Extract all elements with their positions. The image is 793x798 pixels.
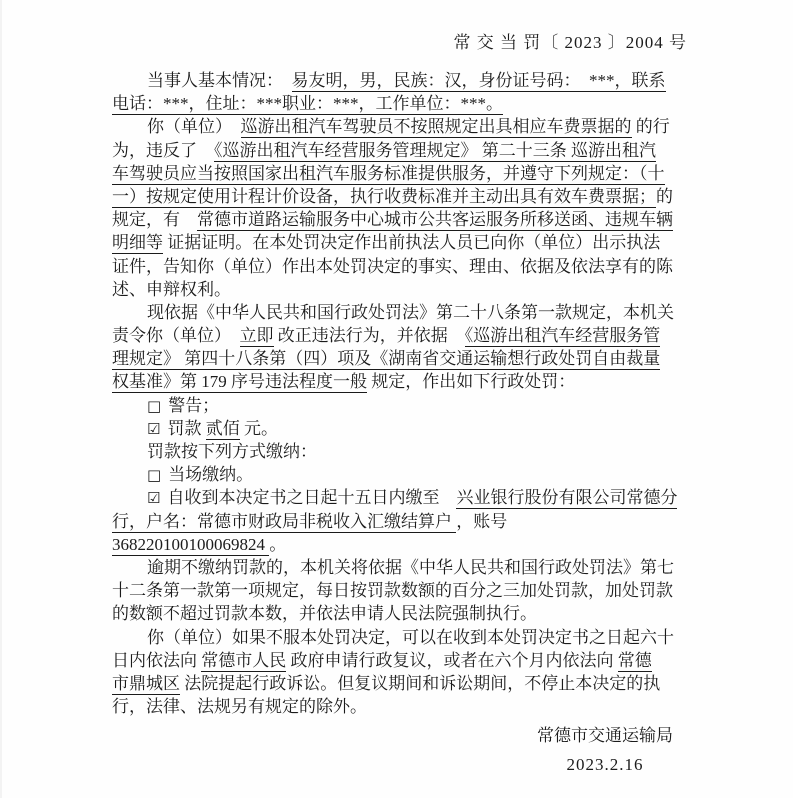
text-line: 你（单位）如果不服本处罚决定，可以在收到本处罚决定书之日起六十 (112, 626, 692, 649)
text-segment: 你（单位） (147, 117, 241, 136)
issue-date: 2023.2.16 (537, 753, 673, 777)
pay-to-bank-option-line: ☑自收到本决定书之日起十五日内缴至 兴业银行股份有限公司常德分 (112, 486, 692, 509)
penalty-decision-document: 常 交 当 罚〔 2023 〕2004 号 当事人基本情况： 易友明，男，民族：… (0, 0, 793, 798)
text-segment: 逾期不缴纳罚款的，本机关将依据《中华人民共和国行政处罚法》第七 (147, 558, 674, 577)
underlined-text: 贰佰 (206, 419, 240, 440)
text-segment: 日内依法向 (112, 651, 201, 670)
unchecked-checkbox-icon: □ (147, 464, 161, 487)
signature-block: 常德市交通运输局 2023.2.16 (537, 724, 673, 777)
text-segment: 当场缴纳。 (168, 465, 253, 484)
text-segment: 为，违反了 (112, 141, 214, 160)
text-line: 述、申辩权利。 (112, 278, 692, 301)
underlined-text: 明细等 (112, 233, 163, 254)
document-body: 当事人基本情况： 易友明，男，民族：汉，身份证号码： ***，联系电话：***，… (112, 69, 692, 718)
text-segment: 罚款 (167, 419, 205, 438)
text-segment: 。 (269, 535, 286, 554)
text-line: 现依据《中华人民共和国行政处罚法》第二十八条第一款规定，本机关 (112, 301, 692, 324)
underlined-text: 《巡游出租汽车经营服务管理规定》 第二十三条 巡游出租汽 (214, 141, 656, 162)
checked-checkbox-icon: ☑ (147, 418, 160, 441)
text-line: 日内依法向 常德市人民 政府申请行政复议，或者在六个月内依法向 常德 (112, 649, 692, 672)
underlined-text: 常德市人民 (201, 651, 286, 672)
text-line: 一）按规定使用计程计价设备，执行收费标准并主动出具有效车费票据；的 (112, 185, 692, 208)
text-segment: 的行 (632, 117, 670, 136)
underlined-text: 理规定》 第四十八条第（四）项及《湖南省交通运输想行政处罚自由裁量 (112, 349, 660, 370)
text-line: 行，户名：常德市财政局非税收入汇缴结算户 ，账号 (112, 510, 692, 533)
unchecked-checkbox-icon: □ (147, 395, 161, 418)
underlined-text: 市鼎城区 (112, 674, 180, 695)
underlined-text: 常德 (618, 651, 652, 672)
text-line: 电话：***，住址：***职业：***，工作单位：***。 (112, 92, 692, 115)
fine-option-line: ☑罚款 贰佰 元。 (112, 417, 692, 440)
text-line: 十二条第一款第一项规定，每日按罚款数额的百分之三加处罚款，加处罚款 (112, 579, 692, 602)
underlined-text: 兴业银行股份有限公司常德分 (456, 488, 677, 509)
text-segment: 证件，告知你（单位）作出本处罚决定的事实、理由、依据及依法享有的陈 (112, 257, 673, 276)
text-segment: 自收到本决定书之日起十五日内缴至 (167, 488, 456, 507)
text-line: 责令你（单位） 立即 改正违法行为，并依据 《巡游出租汽车经营服务管 (112, 324, 692, 347)
text-segment: 十二条第一款第一项规定，每日按罚款数额的百分之三加处罚款，加处罚款 (112, 581, 673, 600)
text-line: 理规定》 第四十八条第（四）项及《湖南省交通运输想行政处罚自由裁量 (112, 347, 692, 370)
underlined-text: 车驾驶员应当按照国家出租汽车服务标准提供服务，并遵守下列规定：（十 (112, 164, 665, 185)
text-line: 的数额不超过罚款本数，并依法申请人民法院强制执行。 (112, 602, 692, 625)
text-segment: 的 (656, 187, 673, 206)
underlined-text: 行，户名：常德市财政局非税收入汇缴结算户 (112, 512, 456, 533)
text-segment: 元。 (240, 419, 278, 438)
text-line: 明细等 证据证明。在本处罚决定作出前执法人员已向你（单位）出示执法 (112, 231, 692, 254)
underlined-text: 《巡游出租汽车经营服务管 (465, 326, 661, 347)
text-segment: 行，法律、法规另有规定的除外。 (112, 697, 367, 716)
text-segment: 改正违法行为，并依据 (274, 326, 465, 345)
underlined-text: 巡游出租汽车驾驶员不按照规定出具相应车费票据的 (241, 117, 632, 138)
underlined-text: 常德市道路运输服务中心城市公共客运服务所移送函、违规车辆 (197, 210, 673, 231)
text-segment: 现依据《中华人民共和国行政处罚法》第二十八条第一款规定，本机关 (147, 303, 674, 322)
text-segment: 证据证明。在本处罚决定作出前执法人员已向你（单位）出示执法 (163, 233, 660, 252)
text-segment: 罚款按下列方式缴纳： (147, 442, 317, 461)
text-line: 罚款按下列方式缴纳： (112, 440, 692, 463)
text-segment: 规定，作出如下行政处罚： (367, 372, 575, 391)
text-line: 为，违反了 《巡游出租汽车经营服务管理规定》 第二十三条 巡游出租汽 (112, 139, 692, 162)
warning-option-line: □警告； (112, 394, 692, 417)
text-segment: ，账号 (456, 512, 507, 531)
underlined-text: 权基准》第 179 序号违法程度一般 (112, 372, 367, 393)
text-line: 你（单位） 巡游出租汽车驾驶员不按照规定出具相应车费票据的 的行 (112, 115, 692, 138)
text-segment: 警告； (168, 396, 219, 415)
text-line: 逾期不缴纳罚款的，本机关将依据《中华人民共和国行政处罚法》第七 (112, 556, 692, 579)
text-segment: 法院提起行政诉讼。但复议期间和诉讼期间，不停止本决定的执 (180, 674, 660, 693)
text-segment: 政府申请行政复议，或者在六个月内依法向 (286, 651, 618, 670)
issuing-authority: 常德市交通运输局 (537, 724, 673, 748)
text-segment: 述、申辩权利。 (112, 280, 231, 299)
text-segment: 你（单位）如果不服本处罚决定，可以在收到本处罚决定书之日起六十 (147, 628, 674, 647)
text-segment: 的数额不超过罚款本数，并依法申请人民法院强制执行。 (112, 604, 537, 623)
text-segment: 当事人基本情况： (147, 71, 292, 90)
underlined-text: 易友明，男，民族：汉，身份证号码： ***，联系 (292, 71, 666, 92)
checked-checkbox-icon: ☑ (147, 487, 160, 510)
underlined-text: 368220100100069824 (112, 535, 269, 556)
text-line: 行，法律、法规另有规定的除外。 (112, 695, 692, 718)
account-number-line: 368220100100069824 。 (112, 533, 692, 556)
text-segment: 责令你（单位） (112, 326, 240, 345)
text-line: 规定，有 常德市道路运输服务中心城市公共客运服务所移送函、违规车辆 (112, 208, 692, 231)
underlined-text: 立即 (240, 326, 274, 347)
pay-on-site-option-line: □当场缴纳。 (112, 463, 692, 486)
text-line: 市鼎城区 法院提起行政诉讼。但复议期间和诉讼期间，不停止本决定的执 (112, 672, 692, 695)
text-line: 权基准》第 179 序号违法程度一般 规定，作出如下行政处罚： (112, 370, 692, 393)
underlined-text: 电话：***，住址：***职业：***，工作单位：***。 (112, 94, 503, 115)
document-number: 常 交 当 罚〔 2023 〕2004 号 (2, 28, 687, 53)
text-line: 当事人基本情况： 易友明，男，民族：汉，身份证号码： ***，联系 (112, 69, 692, 92)
text-line: 证件，告知你（单位）作出本处罚决定的事实、理由、依据及依法享有的陈 (112, 255, 692, 278)
text-line: 车驾驶员应当按照国家出租汽车服务标准提供服务，并遵守下列规定：（十 (112, 162, 692, 185)
underlined-text: 一）按规定使用计程计价设备，执行收费标准并主动出具有效车费票据； (112, 187, 656, 208)
text-segment: 规定，有 (112, 210, 197, 229)
